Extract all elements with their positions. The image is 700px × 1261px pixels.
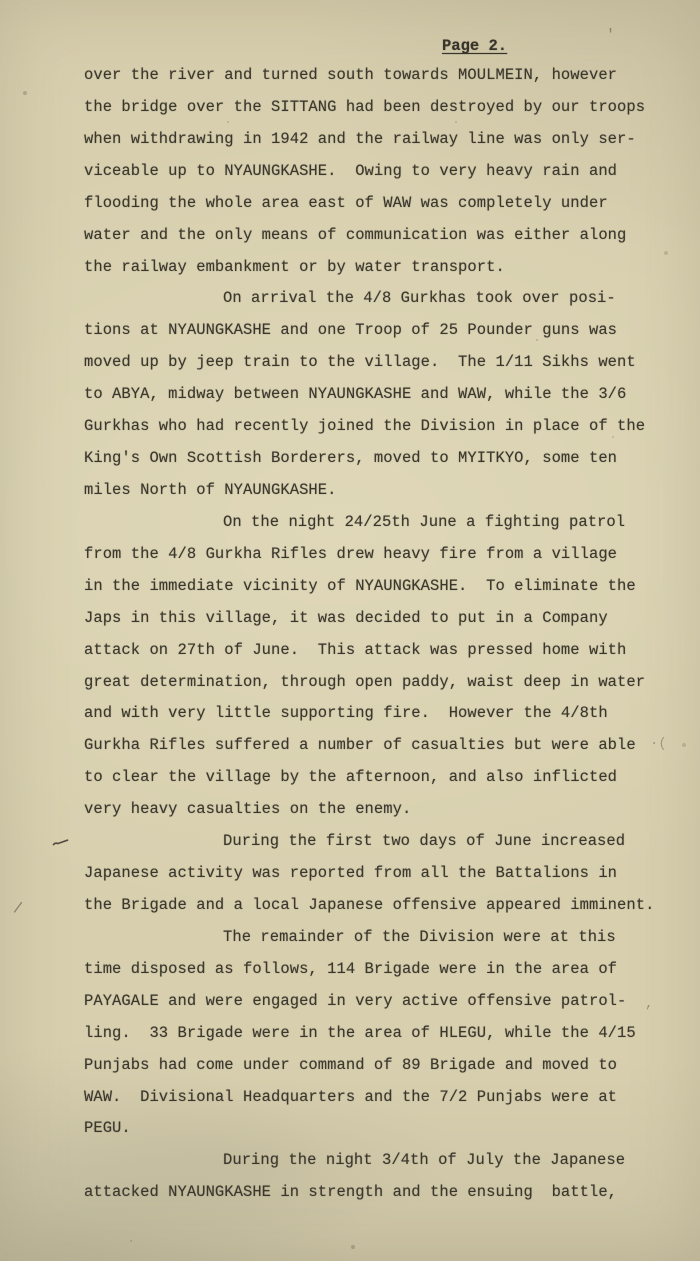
text-line: The remainder of the Division were at th… <box>84 922 669 954</box>
text-line: moved up by jeep train to the village. T… <box>84 347 669 379</box>
text-line: Gurkhas who had recently joined the Divi… <box>84 411 669 443</box>
document-lines: over the river and turned south towards … <box>84 60 669 1209</box>
text-line: miles North of NYAUNGKASHE. <box>84 475 669 507</box>
text-line: from the 4/8 Gurkha Rifles drew heavy fi… <box>84 539 669 571</box>
document-page: Page 2. over the river and turned south … <box>0 0 700 1261</box>
stray-ink-mark: ·( <box>650 736 667 752</box>
text-line: in the immediate vicinity of NYAUNGKASHE… <box>84 571 669 603</box>
text-line: During the first two days of June increa… <box>84 826 669 858</box>
text-line: attacked NYAUNGKASHE in strength and the… <box>84 1177 669 1209</box>
text-line: WAW. Divisional Headquarters and the 7/2… <box>84 1082 669 1114</box>
text-line: On arrival the 4/8 Gurkhas took over pos… <box>84 283 669 315</box>
page-number-header: Page 2. <box>442 37 507 55</box>
text-line: very heavy casualties on the enemy. <box>84 794 669 826</box>
text-line: the railway embankment or by water trans… <box>84 252 669 284</box>
text-line: great determination, through open paddy,… <box>84 667 669 699</box>
text-line: water and the only means of communicatio… <box>84 220 669 252</box>
text-line: ling. 33 Brigade were in the area of HLE… <box>84 1018 669 1050</box>
text-line: PAYAGALE and were engaged in very active… <box>84 986 669 1018</box>
text-line: over the river and turned south towards … <box>84 60 669 92</box>
text-line: During the night 3/4th of July the Japan… <box>84 1145 669 1177</box>
text-line: the Brigade and a local Japanese offensi… <box>84 890 669 922</box>
text-line: flooding the whole area east of WAW was … <box>84 188 669 220</box>
text-line: and with very little supporting fire. Ho… <box>84 698 669 730</box>
text-line: time disposed as follows, 114 Brigade we… <box>84 954 669 986</box>
text-line: viceable up to NYAUNGKASHE. Owing to ver… <box>84 156 669 188</box>
text-line: to ABYA, midway between NYAUNGKASHE and … <box>84 379 669 411</box>
stray-ink-mark: ' <box>606 27 615 44</box>
text-line: On the night 24/25th June a fighting pat… <box>84 507 669 539</box>
text-line: Gurkha Rifles suffered a number of casua… <box>84 730 669 762</box>
text-line: the bridge over the SITTANG had been des… <box>84 92 669 124</box>
pen-slash-mark <box>13 901 23 919</box>
pen-flourish-mark <box>52 834 69 852</box>
text-line: tions at NYAUNGKASHE and one Troop of 25… <box>84 315 669 347</box>
text-line: to clear the village by the afternoon, a… <box>84 762 669 794</box>
text-line: attack on 27th of June. This attack was … <box>84 635 669 667</box>
stray-ink-mark: , <box>645 996 653 1012</box>
text-line: PEGU. <box>84 1113 669 1145</box>
text-line: when withdrawing in 1942 and the railway… <box>84 124 669 156</box>
text-line: Punjabs had come under command of 89 Bri… <box>84 1050 669 1082</box>
paper-speckles <box>0 0 2 2</box>
text-line: Japanese activity was reported from all … <box>84 858 669 890</box>
text-line: King's Own Scottish Borderers, moved to … <box>84 443 669 475</box>
text-line: Japs in this village, it was decided to … <box>84 603 669 635</box>
